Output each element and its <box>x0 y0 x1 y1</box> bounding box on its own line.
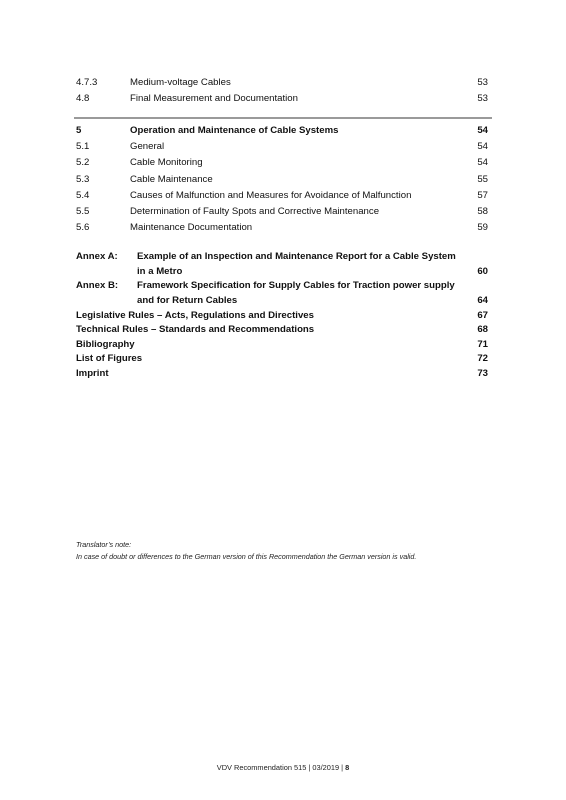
toc-entry-page: 58 <box>477 204 488 220</box>
toc-entry-number: 4.7.3 <box>76 75 97 91</box>
toc-entry-title: Cable Monitoring <box>130 155 203 171</box>
toc-entry[interactable]: 5.5 Determination of Faulty Spots and Co… <box>76 204 488 220</box>
annex-title: Example of an Inspection and Maintenance… <box>137 250 457 279</box>
toc-entry-title: Imprint <box>76 367 109 382</box>
toc-entry-number: 5.5 <box>76 204 89 220</box>
chapter-divider <box>74 117 492 119</box>
toc-entry-title: Cable Maintenance <box>130 172 213 188</box>
toc-chapter-heading[interactable]: 5 Operation and Maintenance of Cable Sys… <box>76 123 488 139</box>
toc-entry-number: 5.1 <box>76 139 89 155</box>
toc-entry-page: 72 <box>477 352 488 367</box>
toc-entry-page: 55 <box>477 172 488 188</box>
toc-entry-title: Bibliography <box>76 338 135 353</box>
page-footer: VDV Recommendation 515 | 03/2019 | 8 <box>0 763 566 772</box>
toc-entry-page: 64 <box>477 294 488 309</box>
annex-title-line: Example of an Inspection and Maintenance… <box>137 250 457 265</box>
translator-note: Translator’s note: In case of doubt or d… <box>76 539 416 563</box>
toc-entry-number: 5.2 <box>76 155 89 171</box>
toc-entry-title: Determination of Faulty Spots and Correc… <box>130 204 379 220</box>
page-number: 8 <box>345 763 349 772</box>
toc-annex-a[interactable]: Annex A: Example of an Inspection and Ma… <box>76 250 488 279</box>
annex-title-line: in a Metro <box>137 265 457 280</box>
toc-entry-title: Legislative Rules – Acts, Regulations an… <box>76 309 314 324</box>
toc-technical-rules[interactable]: Technical Rules – Standards and Recommen… <box>76 323 488 338</box>
toc-entry[interactable]: 4.7.3 Medium-voltage Cables 53 <box>76 75 488 91</box>
toc-entry[interactable]: 5.1 General 54 <box>76 139 488 155</box>
toc-entry-page: 54 <box>477 123 488 139</box>
toc-legislative-rules[interactable]: Legislative Rules – Acts, Regulations an… <box>76 309 488 324</box>
toc-bibliography[interactable]: Bibliography 71 <box>76 338 488 353</box>
translator-note-heading: Translator’s note: <box>76 539 416 551</box>
toc-entry-number: 5 <box>76 123 81 139</box>
toc-list-of-figures[interactable]: List of Figures 72 <box>76 352 488 367</box>
toc-entry-page: 67 <box>477 309 488 324</box>
toc-entry-number: 5.6 <box>76 220 89 236</box>
footer-text: VDV Recommendation 515 | 03/2019 | <box>217 763 345 772</box>
toc-entry-page: 73 <box>477 367 488 382</box>
translator-note-text: In case of doubt or differences to the G… <box>76 551 416 563</box>
annex-title-line: Framework Specification for Supply Cable… <box>137 279 457 294</box>
toc-entry-page: 57 <box>477 188 488 204</box>
annex-title: Framework Specification for Supply Cable… <box>137 279 457 308</box>
toc-annex-b[interactable]: Annex B: Framework Specification for Sup… <box>76 279 488 308</box>
toc-entry-page: 53 <box>477 75 488 91</box>
annex-title-line: and for Return Cables <box>137 294 457 309</box>
toc-entry[interactable]: 5.3 Cable Maintenance 55 <box>76 172 488 188</box>
toc-entry-number: 5.4 <box>76 188 89 204</box>
toc-entry-title: Medium-voltage Cables <box>130 75 231 91</box>
toc-entry-page: 60 <box>477 265 488 280</box>
toc-entry-page: 53 <box>477 91 488 107</box>
toc-entry-title: List of Figures <box>76 352 142 367</box>
document-page: 4.7.3 Medium-voltage Cables 53 4.8 Final… <box>0 0 566 800</box>
toc-entry-title: Final Measurement and Documentation <box>130 91 298 107</box>
toc-entry-title: Operation and Maintenance of Cable Syste… <box>130 123 338 139</box>
toc-entry-number: 5.3 <box>76 172 89 188</box>
toc-entry[interactable]: 5.2 Cable Monitoring 54 <box>76 155 488 171</box>
toc-entry[interactable]: 5.4 Causes of Malfunction and Measures f… <box>76 188 488 204</box>
toc-entry-title: Maintenance Documentation <box>130 220 252 236</box>
toc-entry-title: General <box>130 139 164 155</box>
annex-label: Annex A: <box>76 250 118 265</box>
toc-entry-page: 54 <box>477 155 488 171</box>
toc-entry-page: 54 <box>477 139 488 155</box>
toc-entry[interactable]: 5.6 Maintenance Documentation 59 <box>76 220 488 236</box>
toc-entry-page: 59 <box>477 220 488 236</box>
toc-imprint[interactable]: Imprint 73 <box>76 367 488 382</box>
toc-entry-page: 71 <box>477 338 488 353</box>
annex-label: Annex B: <box>76 279 118 294</box>
toc-entry-title: Technical Rules – Standards and Recommen… <box>76 323 314 338</box>
toc-entry-title: Causes of Malfunction and Measures for A… <box>130 188 411 204</box>
toc-entry-number: 4.8 <box>76 91 89 107</box>
toc-entry-page: 68 <box>477 323 488 338</box>
toc-entry[interactable]: 4.8 Final Measurement and Documentation … <box>76 91 488 107</box>
